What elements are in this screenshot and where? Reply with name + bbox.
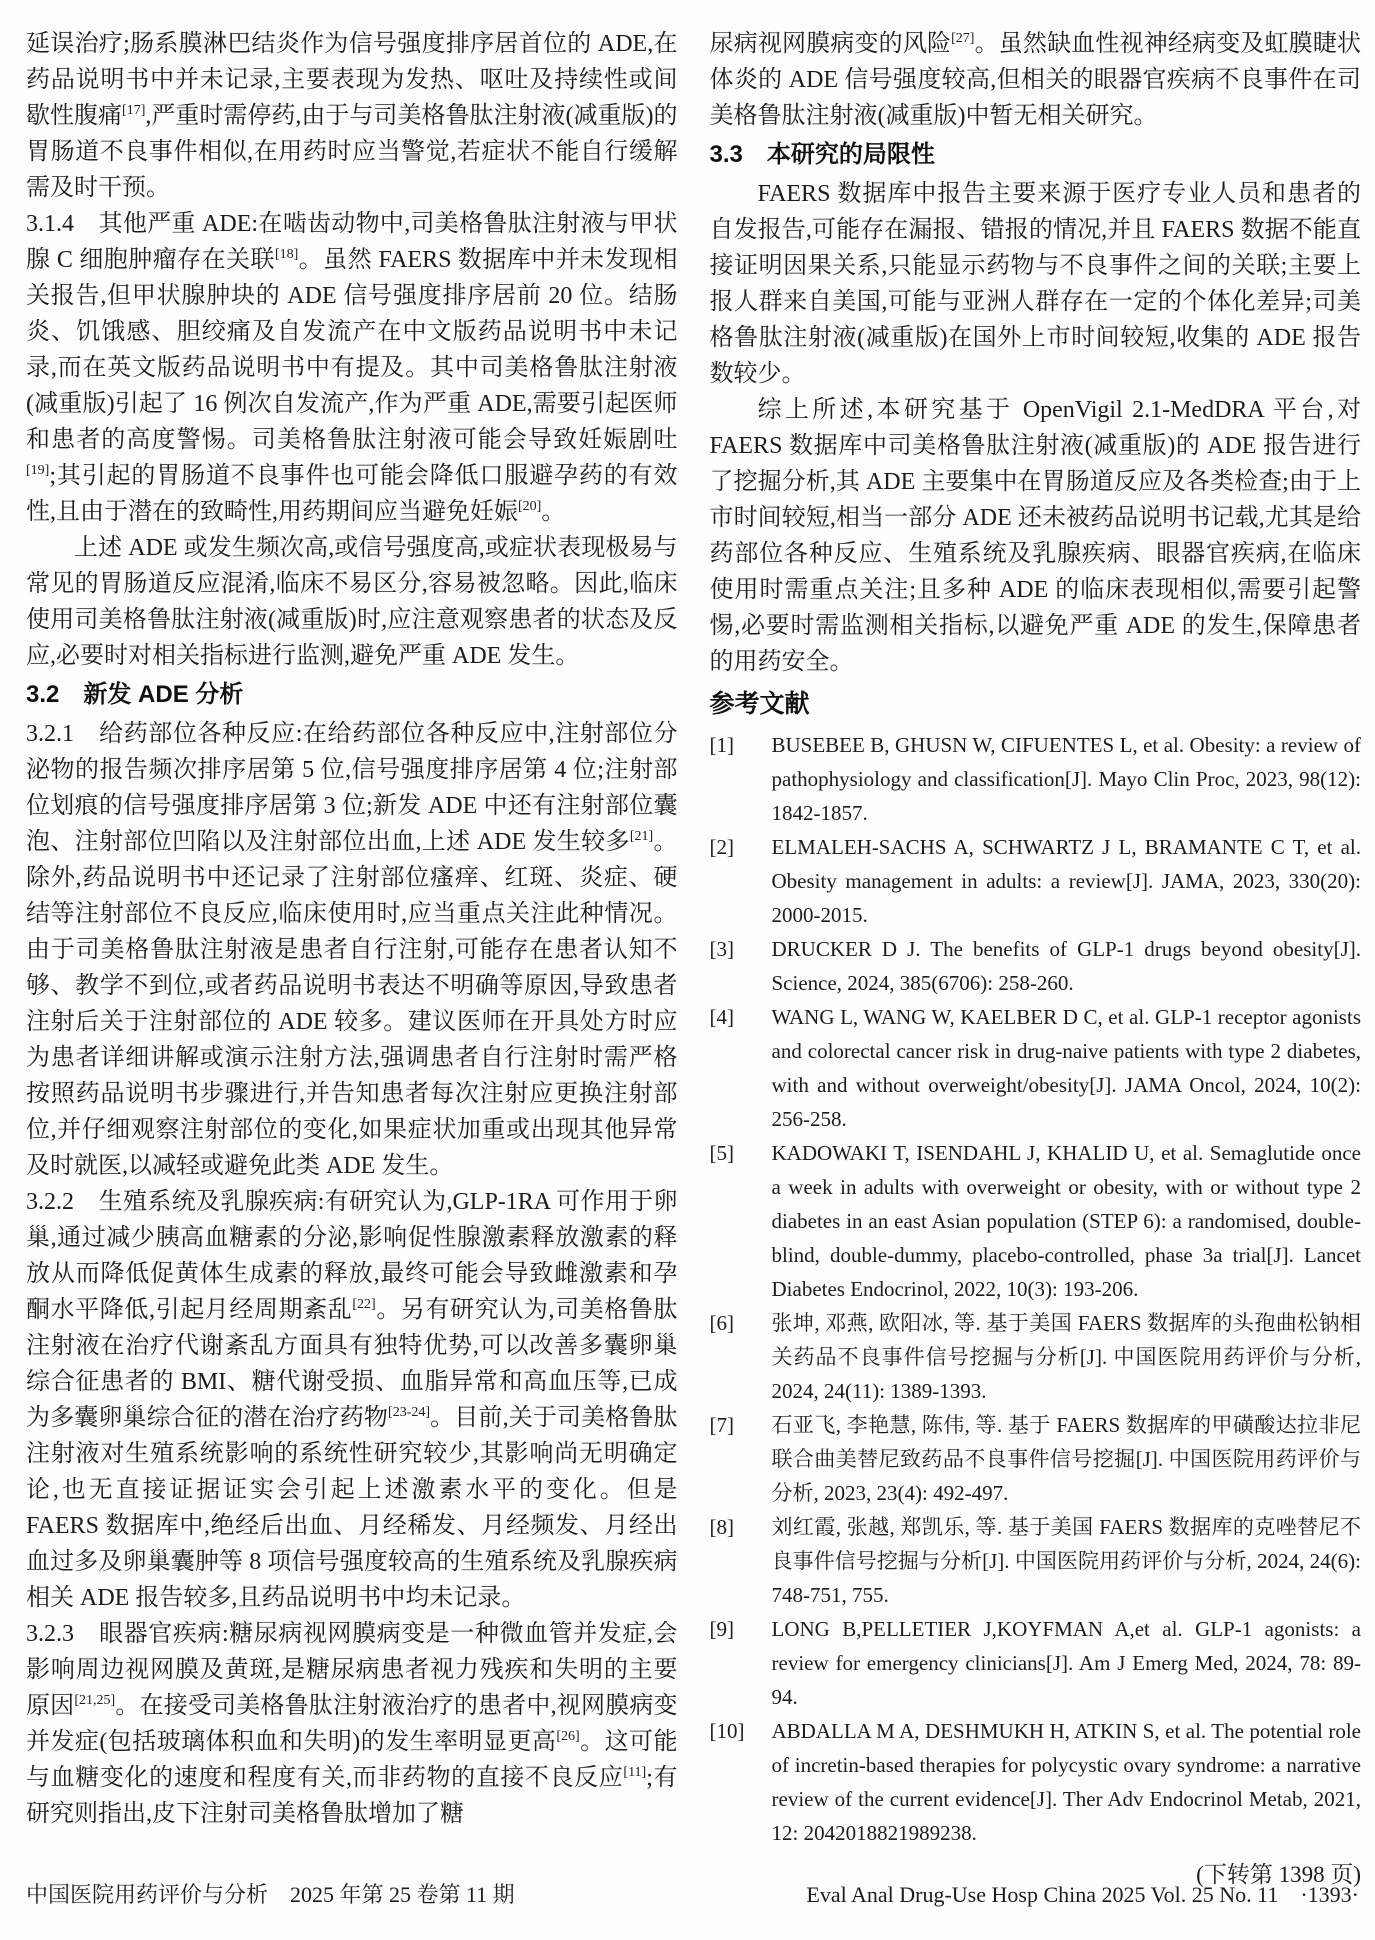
reference-number: [1]: [710, 728, 772, 830]
reference-number: [6]: [710, 1306, 772, 1408]
reference-number: [7]: [710, 1408, 772, 1510]
section-3-1-4-paragraph: 3.1.4 其他严重 ADE:在啮齿动物中,司美格鲁肽注射液与甲状腺 C 细胞肿…: [26, 206, 678, 530]
conclusion-paragraph: 综上所述,本研究基于 OpenVigil 2.1-MedDRA 平台,对 FAE…: [710, 392, 1362, 680]
reference-item: [8]刘红霞, 张越, 郑凯乐, 等. 基于美国 FAERS 数据库的克唑替尼不…: [710, 1510, 1362, 1612]
citation-superscript: [17]: [122, 103, 145, 118]
section-heading-3-2: 3.2 新发 ADE 分析: [26, 676, 678, 714]
reference-number: [4]: [710, 1000, 772, 1136]
right-column: 尿病视网膜病变的风险[27]。虽然缺血性视神经病变及虹膜睫状体炎的 ADE 信号…: [710, 26, 1362, 1892]
summary-paragraph: 上述 ADE 或发生频次高,或信号强度高,或症状表现极易与常见的胃肠道反应混淆,…: [26, 530, 678, 674]
reference-number: [5]: [710, 1136, 772, 1306]
citation-superscript: [26]: [556, 1729, 579, 1744]
citation-superscript: [27]: [951, 31, 974, 46]
citation-superscript: [23-24]: [388, 1405, 430, 1420]
reference-list: [1]BUSEBEE B, GHUSN W, CIFUENTES L, et a…: [710, 728, 1362, 1850]
reference-text: ABDALLA M A, DESHMUKH H, ATKIN S, et al.…: [772, 1714, 1362, 1850]
body-paragraph-continuation: 延误治疗;肠系膜淋巴结炎作为信号强度排序居首位的 ADE,在药品说明书中并未记录…: [26, 26, 678, 206]
reference-item: [5]KADOWAKI T, ISENDAHL J, KHALID U, et …: [710, 1136, 1362, 1306]
citation-superscript: [19]: [26, 463, 49, 478]
two-column-layout: 延误治疗;肠系膜淋巴结炎作为信号强度排序居首位的 ADE,在药品说明书中并未记录…: [26, 26, 1361, 1892]
reference-number: [9]: [710, 1612, 772, 1714]
section-3-2-1-paragraph: 3.2.1 给药部位各种反应:在给药部位各种反应中,注射部位分泌物的报告频次排序…: [26, 716, 678, 1184]
citation-superscript: [22]: [352, 1297, 375, 1312]
reference-text: DRUCKER D J. The benefits of GLP-1 drugs…: [772, 932, 1362, 1000]
reference-text: BUSEBEE B, GHUSN W, CIFUENTES L, et al. …: [772, 728, 1362, 830]
reference-number: [8]: [710, 1510, 772, 1612]
journal-page: 延误治疗;肠系膜淋巴结炎作为信号强度排序居首位的 ADE,在药品说明书中并未记录…: [0, 0, 1375, 1940]
reference-text: KADOWAKI T, ISENDAHL J, KHALID U, et al.…: [772, 1136, 1362, 1306]
footer-journal-title-cn: 中国医院用药评价与分析 2025 年第 25 卷第 11 期: [26, 1880, 515, 1910]
citation-superscript: [20]: [518, 499, 541, 514]
reference-item: [4]WANG L, WANG W, KAELBER D C, et al. G…: [710, 1000, 1362, 1136]
reference-text: ELMALEH-SACHS A, SCHWARTZ J L, BRAMANTE …: [772, 830, 1362, 932]
references-heading: 参考文献: [710, 684, 1362, 724]
reference-item: [9]LONG B,PELLETIER J,KOYFMAN A,et al. G…: [710, 1612, 1362, 1714]
reference-number: [10]: [710, 1714, 772, 1850]
reference-item: [1]BUSEBEE B, GHUSN W, CIFUENTES L, et a…: [710, 728, 1362, 830]
section-3-2-3-paragraph: 3.2.3 眼器官疾病:糖尿病视网膜病变是一种微血管并发症,会影响周边视网膜及黄…: [26, 1616, 678, 1832]
reference-item: [2]ELMALEH-SACHS A, SCHWARTZ J L, BRAMAN…: [710, 830, 1362, 932]
reference-item: [7]石亚飞, 李艳慧, 陈伟, 等. 基于 FAERS 数据库的甲磺酸达拉非尼…: [710, 1408, 1362, 1510]
citation-superscript: [11]: [623, 1765, 646, 1780]
section-heading-3-3: 3.3 本研究的局限性: [710, 136, 1362, 174]
reference-item: [10]ABDALLA M A, DESHMUKH H, ATKIN S, et…: [710, 1714, 1362, 1850]
left-column: 延误治疗;肠系膜淋巴结炎作为信号强度排序居首位的 ADE,在药品说明书中并未记录…: [26, 26, 678, 1832]
reference-item: [3]DRUCKER D J. The benefits of GLP-1 dr…: [710, 932, 1362, 1000]
reference-item: [6]张坤, 邓燕, 欧阳冰, 等. 基于美国 FAERS 数据库的头孢曲松钠相…: [710, 1306, 1362, 1408]
citation-superscript: [21,25]: [74, 1693, 115, 1708]
reference-text: 刘红霞, 张越, 郑凯乐, 等. 基于美国 FAERS 数据库的克唑替尼不良事件…: [772, 1510, 1362, 1612]
citation-superscript: [18]: [275, 247, 298, 262]
section-3-2-2-paragraph: 3.2.2 生殖系统及乳腺疾病:有研究认为,GLP-1RA 可作用于卵巢,通过减…: [26, 1184, 678, 1616]
reference-text: WANG L, WANG W, KAELBER D C, et al. GLP-…: [772, 1000, 1362, 1136]
reference-text: 张坤, 邓燕, 欧阳冰, 等. 基于美国 FAERS 数据库的头孢曲松钠相关药品…: [772, 1306, 1362, 1408]
page-footer: 中国医院用药评价与分析 2025 年第 25 卷第 11 期 Eval Anal…: [26, 1880, 1359, 1910]
footer-journal-title-en-page-number: Eval Anal Drug-Use Hosp China 2025 Vol. …: [806, 1880, 1359, 1910]
reference-text: LONG B,PELLETIER J,KOYFMAN A,et al. GLP-…: [772, 1612, 1362, 1714]
reference-number: [3]: [710, 932, 772, 1000]
limitations-paragraph: FAERS 数据库中报告主要来源于医疗专业人员和患者的自发报告,可能存在漏报、错…: [710, 176, 1362, 392]
reference-text: 石亚飞, 李艳慧, 陈伟, 等. 基于 FAERS 数据库的甲磺酸达拉非尼联合曲…: [772, 1408, 1362, 1510]
body-paragraph-continuation: 尿病视网膜病变的风险[27]。虽然缺血性视神经病变及虹膜睫状体炎的 ADE 信号…: [710, 26, 1362, 134]
citation-superscript: [21]: [630, 829, 653, 844]
reference-number: [2]: [710, 830, 772, 932]
